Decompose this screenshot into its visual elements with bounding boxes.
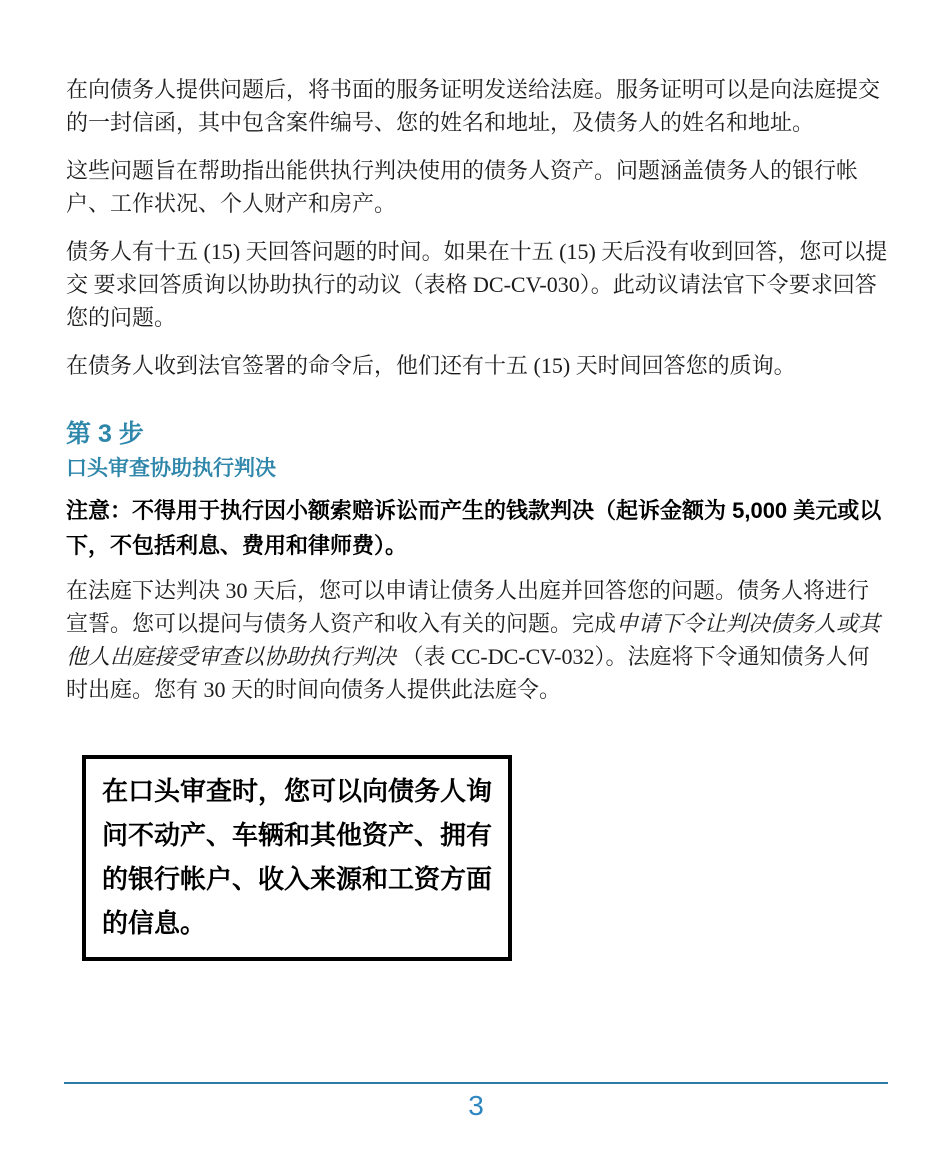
step-subheading: 口头审查协助执行判决	[66, 456, 888, 482]
step-paragraph: 在法庭下达判决 30 天后，您可以申请让债务人出庭并回答您的问题。债务人将进行宣…	[66, 574, 888, 706]
paragraph-serve-proof: 在向债务人提供问题后，将书面的服务证明发送给法庭。服务证明可以是向法庭提交的一封…	[66, 73, 888, 139]
callout-text: 在口头审查时，您可以向债务人询问不动产、车辆和其他资产、拥有的银行帐户、收入来源…	[102, 769, 492, 945]
paragraph-after-order: 在债务人收到法官签署的命令后，他们还有十五 (15) 天时间回答您的质询。	[66, 349, 888, 382]
document-content: 在向债务人提供问题后，将书面的服务证明发送给法庭。服务证明可以是向法庭提交的一封…	[0, 0, 950, 961]
document-page: 在向债务人提供问题后，将书面的服务证明发送给法庭。服务证明可以是向法庭提交的一封…	[0, 0, 950, 1154]
paragraph-response-time: 债务人有十五 (15) 天回答问题的时间。如果在十五 (15) 天后没有收到回答…	[66, 235, 888, 334]
footer-rule	[64, 1082, 888, 1084]
notice-text: 注意：不得用于执行因小额索赔诉讼而产生的钱款判决（起诉金额为 5,000 美元或…	[66, 493, 888, 563]
callout-box: 在口头审查时，您可以向债务人询问不动产、车辆和其他资产、拥有的银行帐户、收入来源…	[82, 755, 512, 961]
page-footer: 3	[64, 1082, 888, 1121]
page-number: 3	[64, 1091, 888, 1121]
step-heading: 第 3 步	[66, 419, 888, 449]
paragraph-questions-purpose: 这些问题旨在帮助指出能供执行判决使用的债务人资产。问题涵盖债务人的银行帐户、工作…	[66, 154, 888, 220]
